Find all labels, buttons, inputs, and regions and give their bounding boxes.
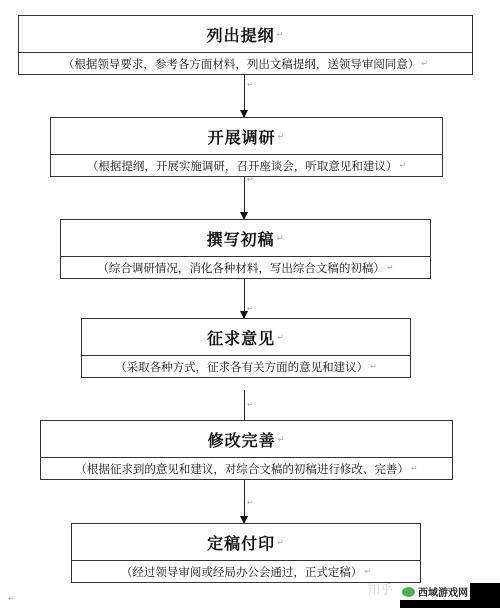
- logo-icon: [402, 587, 415, 597]
- step-title-5: 修改完善↵: [41, 421, 452, 458]
- step-desc-3: （综合调研情况，消化各种材料，写出综合文稿的初稿）↵: [61, 257, 430, 278]
- paragraph-mark: ↵: [247, 80, 254, 89]
- arrow-1-2: [244, 75, 245, 117]
- step-box-1: 列出提纲↵ （根据领导要求，参考各方面材料，列出文稿提纲，送领导审阅同意）↵: [18, 15, 473, 75]
- watermark-text: 知乎: [367, 579, 393, 598]
- arrow-5-6: [244, 480, 245, 523]
- logo-text: 西域游戏网: [418, 584, 468, 599]
- paragraph-mark: ↵: [247, 400, 254, 409]
- step-title-1: 列出提纲↵: [19, 16, 472, 53]
- paragraph-mark: ↵: [247, 175, 254, 184]
- step-desc-5: （根据征求到的意见和建议，对综合文稿的初稿进行修改、完善）↵: [41, 458, 452, 479]
- step-desc-1: （根据领导要求，参考各方面材料，列出文稿提纲，送领导审阅同意）↵: [19, 53, 472, 74]
- step-box-6: 定稿付印↵ （经过领导审阅或经局办公会通过，正式定稿）↵: [71, 523, 421, 583]
- arrow-3-4: [244, 279, 245, 318]
- paragraph-mark: ↵: [247, 498, 254, 507]
- step-title-2: 开展调研↵: [51, 118, 442, 155]
- step-box-4: 征求意见↵ （采取各种方式，征求各有关方面的意见和建议）↵: [81, 318, 411, 378]
- step-title-6: 定稿付印↵: [72, 524, 420, 561]
- step-box-2: 开展调研↵ （根据提纲，开展实施调研，召开座谈会，听取意见和建议）↵: [50, 117, 443, 177]
- arrow-2-3: [244, 177, 245, 219]
- paragraph-mark: ↵: [8, 594, 15, 603]
- paragraph-mark: ↵: [247, 304, 254, 313]
- step-box-5: 修改完善↵ （根据征求到的意见和建议，对综合文稿的初稿进行修改、完善）↵: [40, 420, 453, 480]
- step-title-3: 撰写初稿↵: [61, 220, 430, 257]
- step-title-4: 征求意见↵: [82, 319, 410, 356]
- step-box-3: 撰写初稿↵ （综合调研情况，消化各种材料，写出综合文稿的初稿）↵: [60, 219, 431, 279]
- watermark-logo: 西域游戏网: [400, 583, 470, 600]
- step-desc-4: （采取各种方式，征求各有关方面的意见和建议）↵: [82, 356, 410, 377]
- step-desc-2: （根据提纲，开展实施调研，召开座谈会，听取意见和建议）↵: [51, 155, 442, 176]
